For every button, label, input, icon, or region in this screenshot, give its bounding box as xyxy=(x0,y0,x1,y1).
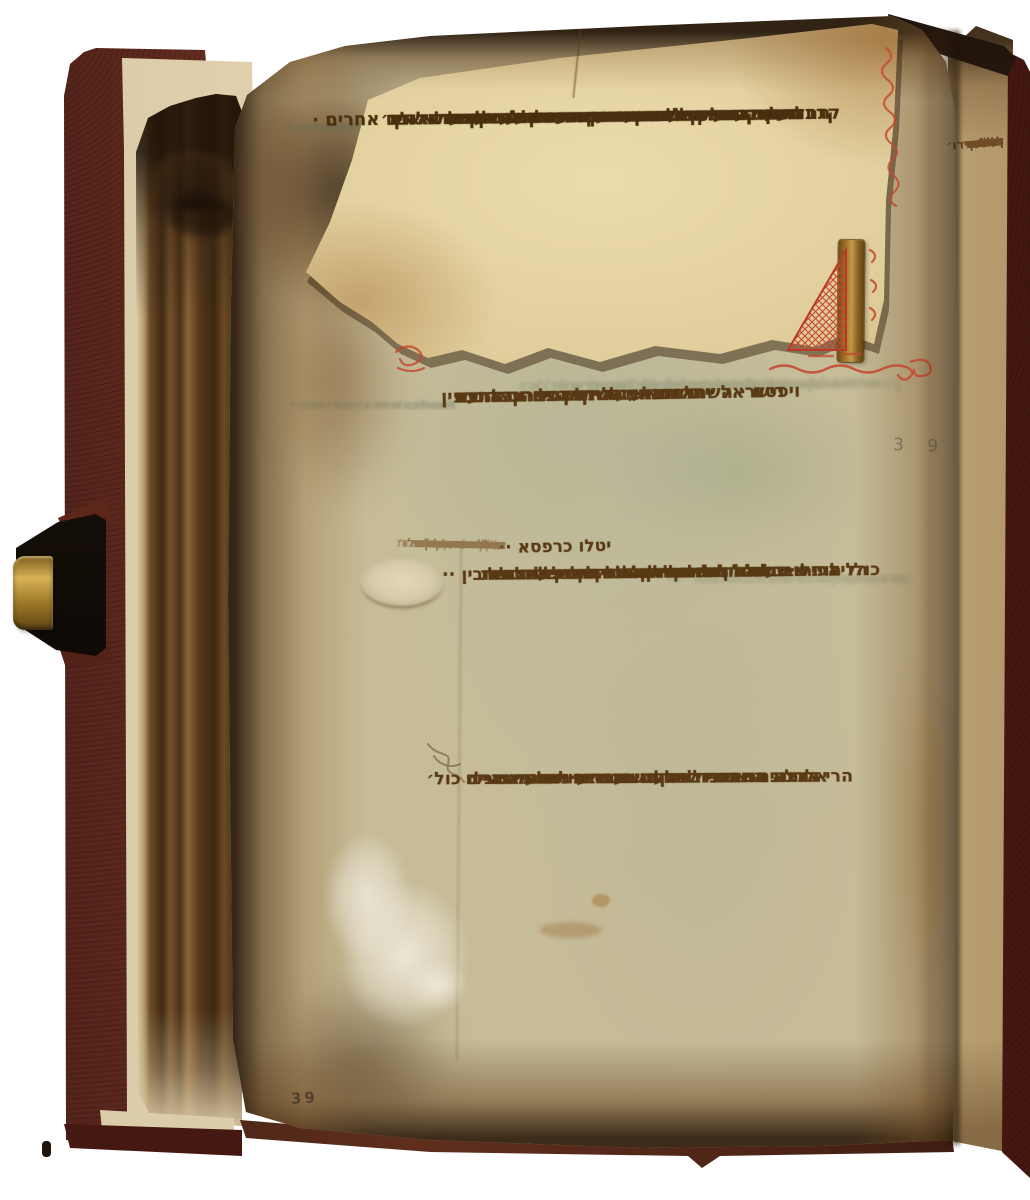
ink-stain xyxy=(540,922,602,938)
clasp-pin xyxy=(42,1141,51,1157)
avadim-line: במצרים · ואפילו כולנו חכמים · כולנו נבונ… xyxy=(426,764,820,793)
gold-leaf-bar xyxy=(837,240,864,362)
facing-page-line: וא׳ xyxy=(983,126,1005,158)
text-line: דישראל · השתא עבדי · לשנה הבאה בני xyxy=(305,392,455,418)
white-flaked-patch xyxy=(395,950,480,1020)
ha-lachma-line: ·· חורין ·· xyxy=(561,381,642,408)
gutter-shadow xyxy=(918,30,960,1145)
mah-nishtanah-line: מסובין · הלילה הזה כולנו מסובין ·· xyxy=(442,560,725,589)
folio-number-ink: 39 xyxy=(290,1088,318,1108)
ink-stain xyxy=(592,894,610,907)
show-through-text: היינו לפרעה במצרים · ויוציאנו יי׳אלהינו … xyxy=(640,565,910,773)
curled-leaf-edge xyxy=(168,196,238,236)
clasp-brass-fitting xyxy=(13,556,53,630)
patch-text-line: יעקב · ואתן לעשו את הר שעיר לרשת xyxy=(484,101,795,131)
gloss-line: ועו׳ xyxy=(483,534,506,556)
small-repair-patch xyxy=(360,556,444,606)
show-through-text: לחמא עניא די אכלו אבהתנאבארעא דמצרים · כ… xyxy=(290,392,455,524)
manuscript-photo: ביום ההוא · יכול מבעוד יום ת״ל בעבור זה … xyxy=(0,0,1030,1200)
